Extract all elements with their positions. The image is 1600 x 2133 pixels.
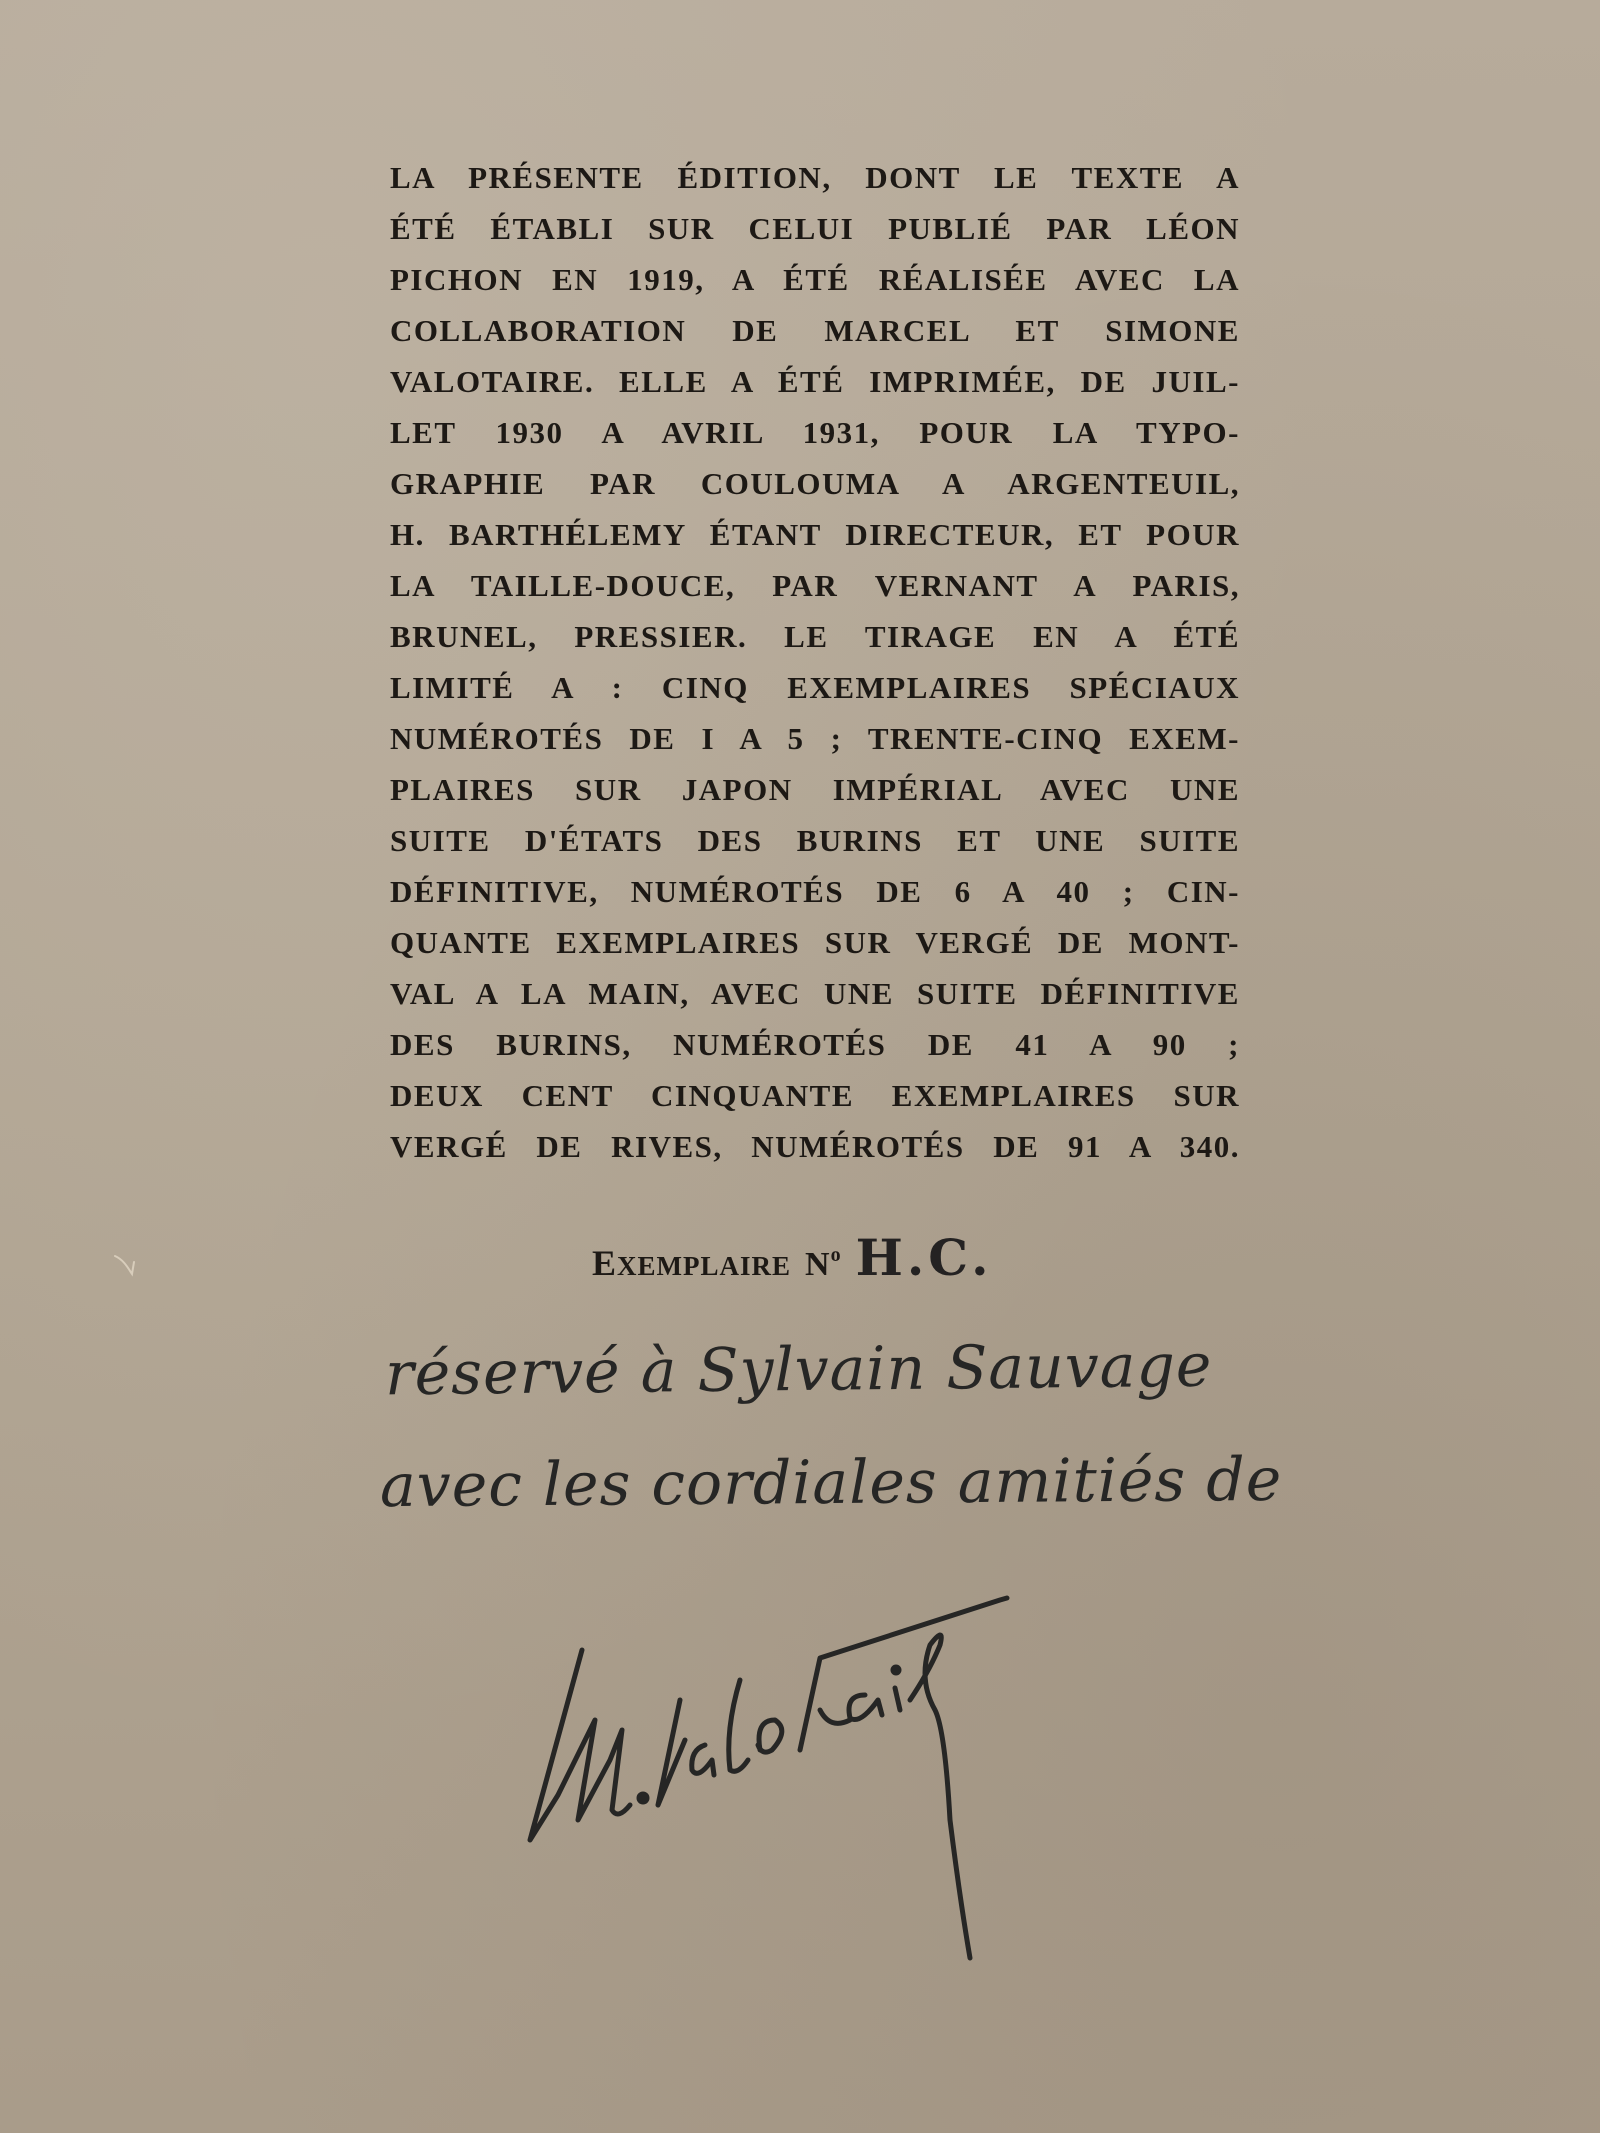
colophon-text: La présente édition, dont le texte a été… <box>390 152 1240 1172</box>
signature-stroke-icon <box>500 1570 1200 1990</box>
exemplaire-label-rest: XEMPLAIRE <box>617 1251 791 1281</box>
document-page: La présente édition, dont le texte a été… <box>0 0 1600 2133</box>
colophon-line: Pichon en 1919, a été réalisée avec la <box>390 254 1240 305</box>
colophon-line: Valotaire. Elle a été imprimée, de juil- <box>390 356 1240 407</box>
colophon-line: des burins, numérotés de 41 a 90 ; <box>390 1019 1240 1070</box>
colophon-line: let 1930 a avril 1931, pour la typo- <box>390 407 1240 458</box>
handwritten-dedication-line-2: avec les cordiales amitiés de <box>380 1445 1283 1521</box>
colophon-line: quante exemplaires sur vergé de Mont- <box>390 917 1240 968</box>
colophon-line: Brunel, pressier. Le tirage en a été <box>390 611 1240 662</box>
colophon-line: H. Barthélemy étant directeur, et pour <box>390 509 1240 560</box>
exemplaire-label: EXEMPLAIRE <box>592 1242 791 1284</box>
colophon-line: graphie par Coulouma a Argenteuil, <box>390 458 1240 509</box>
exemplaire-number-line: EXEMPLAIRE No H.C. <box>592 1228 993 1287</box>
exemplaire-handwritten-number: H.C. <box>856 1228 993 1287</box>
colophon-line: numérotés de I a 5 ; trente-cinq exem- <box>390 713 1240 764</box>
colophon-line: suite d'états des burins et une suite <box>390 815 1240 866</box>
paper-fiber-mark <box>110 1240 150 1280</box>
colophon-line: vergé de Rives, numérotés de 91 a 340. <box>390 1121 1240 1172</box>
colophon-line: la taille-douce, par Vernant a Paris, <box>390 560 1240 611</box>
handwritten-dedication-line-1: réservé à Sylvain Sauvage <box>385 1331 1213 1410</box>
numero-sign-o: o <box>831 1244 842 1266</box>
signature: M. Valotaire <box>500 1570 1200 1990</box>
colophon-line: collaboration de Marcel et Simone <box>390 305 1240 356</box>
colophon-line: La présente édition, dont le texte a <box>390 152 1240 203</box>
colophon-line: définitive, numérotés de 6 a 40 ; cin- <box>390 866 1240 917</box>
numero-sign-n: N <box>805 1246 831 1283</box>
colophon-line: deux cent cinquante exemplaires sur <box>390 1070 1240 1121</box>
colophon-line: été établi sur celui publié par Léon <box>390 203 1240 254</box>
colophon-line: val a la main, avec une suite définitive <box>390 968 1240 1019</box>
exemplaire-label-initial: E <box>592 1243 617 1283</box>
numero-sign: No <box>805 1244 842 1284</box>
colophon-line: limité a : cinq exemplaires spéciaux <box>390 662 1240 713</box>
colophon-line: plaires sur Japon impérial avec une <box>390 764 1240 815</box>
